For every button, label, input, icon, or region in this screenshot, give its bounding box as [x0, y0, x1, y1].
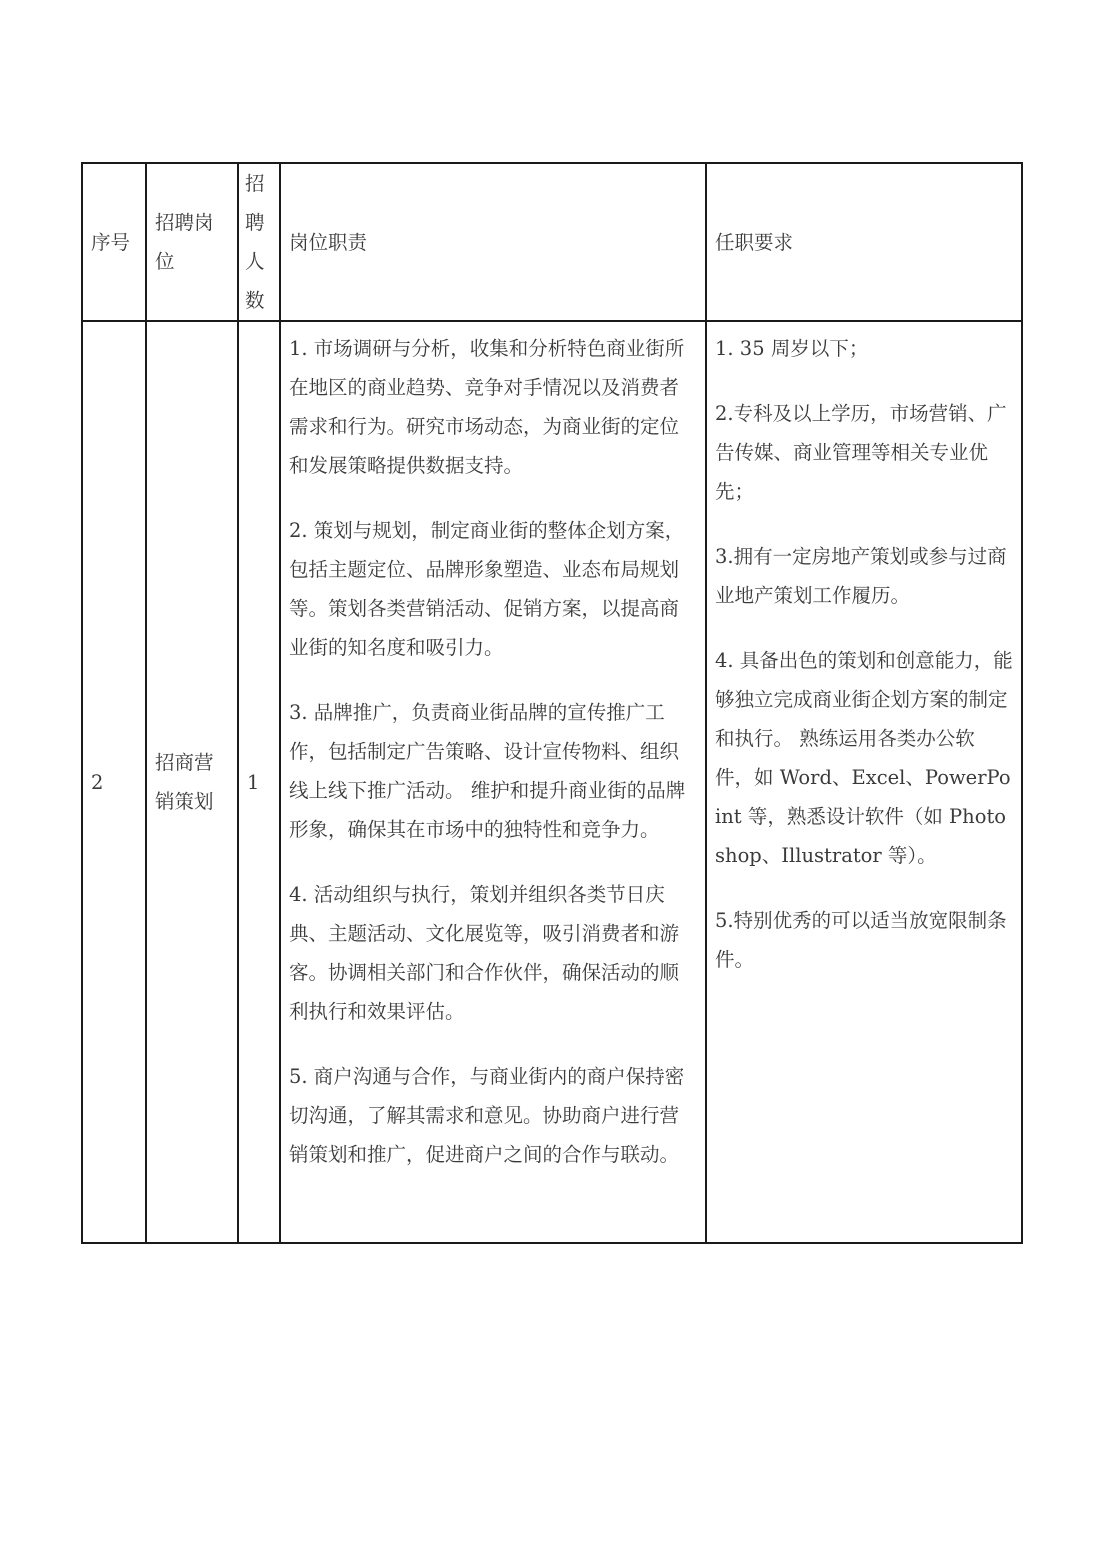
duty-item: 4. 活动组织与执行，策划并组织各类节日庆典、主题活动、文化展览等，吸引消费者和… [289, 875, 697, 1031]
cell-seq: 2 [82, 321, 146, 1243]
header-count: 招聘人数 [238, 163, 280, 321]
cell-count: 1 [238, 321, 280, 1243]
requirement-item: 2.专科及以上学历，市场营销、广告传媒、商业管理等相关专业优先； [715, 394, 1013, 511]
header-position: 招聘岗位 [146, 163, 238, 321]
table-header-row: 序号 招聘岗位 招聘人数 岗位职责 任职要求 [82, 163, 1022, 321]
cell-duties: 1. 市场调研与分析，收集和分析特色商业街所在地区的商业趋势、竞争对手情况以及消… [280, 321, 706, 1243]
duty-item: 5. 商户沟通与合作，与商业街内的商户保持密切沟通，了解其需求和意见。协助商户进… [289, 1057, 697, 1174]
header-seq: 序号 [82, 163, 146, 321]
duty-item: 3. 品牌推广，负责商业街品牌的宣传推广工作，包括制定广告策略、设计宣传物料、组… [289, 693, 697, 849]
requirement-item: 4. 具备出色的策划和创意能力，能够独立完成商业街企划方案的制定和执行。 熟练运… [715, 641, 1013, 875]
document-page: 序号 招聘岗位 招聘人数 岗位职责 任职要求 2 招商营销策划 1 1. 市场调… [0, 0, 1102, 1558]
cell-position: 招商营销策划 [146, 321, 238, 1243]
cell-requirements: 1. 35 周岁以下； 2.专科及以上学历，市场营销、广告传媒、商业管理等相关专… [706, 321, 1022, 1243]
header-requirements: 任职要求 [706, 163, 1022, 321]
requirement-item: 5.特别优秀的可以适当放宽限制条件。 [715, 901, 1013, 979]
requirement-item: 3.拥有一定房地产策划或参与过商业地产策划工作履历。 [715, 537, 1013, 615]
requirement-item: 1. 35 周岁以下； [715, 329, 1013, 368]
table-row: 2 招商营销策划 1 1. 市场调研与分析，收集和分析特色商业街所在地区的商业趋… [82, 321, 1022, 1243]
duty-item: 1. 市场调研与分析，收集和分析特色商业街所在地区的商业趋势、竞争对手情况以及消… [289, 329, 697, 485]
recruitment-table: 序号 招聘岗位 招聘人数 岗位职责 任职要求 2 招商营销策划 1 1. 市场调… [81, 162, 1023, 1244]
duty-item: 2. 策划与规划，制定商业街的整体企划方案，包括主题定位、品牌形象塑造、业态布局… [289, 511, 697, 667]
header-count-text: 招聘人数 [245, 164, 265, 320]
header-duties: 岗位职责 [280, 163, 706, 321]
